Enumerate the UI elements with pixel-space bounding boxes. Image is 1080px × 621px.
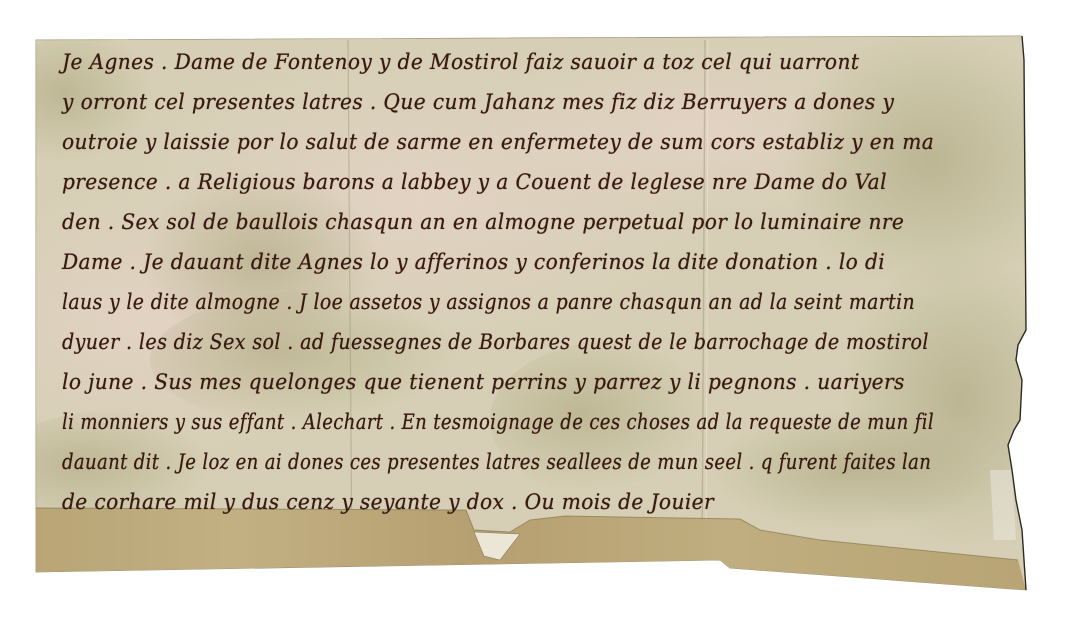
charter-line-6: Dame . Je dauant dite Agnes lo y afferin… bbox=[62, 250, 885, 274]
charter-line-8: dyuer . les diz Sex sol . ad fuessegnes … bbox=[62, 330, 929, 354]
charter-line-10: li monniers y sus effant . Alechart . En… bbox=[62, 410, 934, 434]
charter-line-12: de corhare mil y dus cenz y seyante y do… bbox=[62, 490, 714, 514]
charter-line-7: laus y le dite almogne . J loe assetos y… bbox=[62, 290, 915, 314]
charter-line-2: y orront cel presentes latres . Que cum … bbox=[62, 90, 894, 114]
charter-line-11: dauant dit . Je loz en ai dones ces pres… bbox=[62, 450, 931, 474]
charter-line-9: lo june . Sus mes quelonges que tienent … bbox=[62, 370, 905, 394]
charter-line-4: presence . a Religious barons a labbey y… bbox=[62, 170, 887, 194]
charter-line-5: den . Sex sol de baullois chasqun an en … bbox=[62, 210, 904, 234]
charter-line-3: outroie y laissie por lo salut de sarme … bbox=[62, 130, 934, 154]
charter-scan: Je Agnes . Dame de Fontenoy y de Mostiro… bbox=[0, 0, 1080, 621]
charter-line-1: Je Agnes . Dame de Fontenoy y de Mostiro… bbox=[62, 50, 859, 74]
